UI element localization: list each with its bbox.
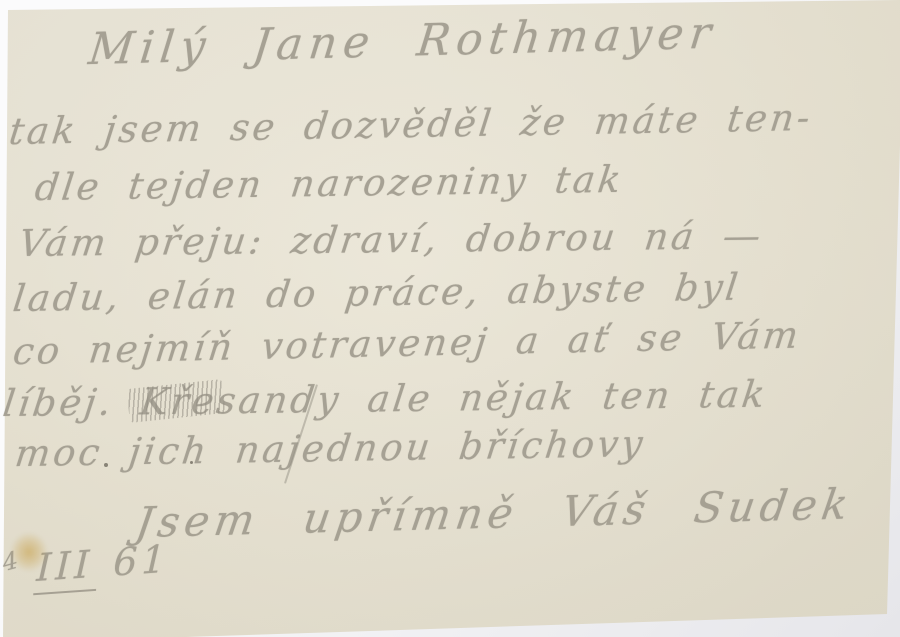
paper-speck-1 [104, 463, 108, 467]
paper-speck-2 [190, 461, 193, 464]
handwritten-line-2: dle tejden narozeniny tak [33, 158, 627, 209]
scanned-letter-scene: Milý Jane Rothmayer tak jsem se dozvěděl… [0, 0, 900, 637]
paper-stain [10, 532, 48, 572]
date-year: 61 [113, 537, 171, 585]
handwritten-line-3: Vám přeju: zdraví, dobrou ná — [16, 214, 766, 265]
